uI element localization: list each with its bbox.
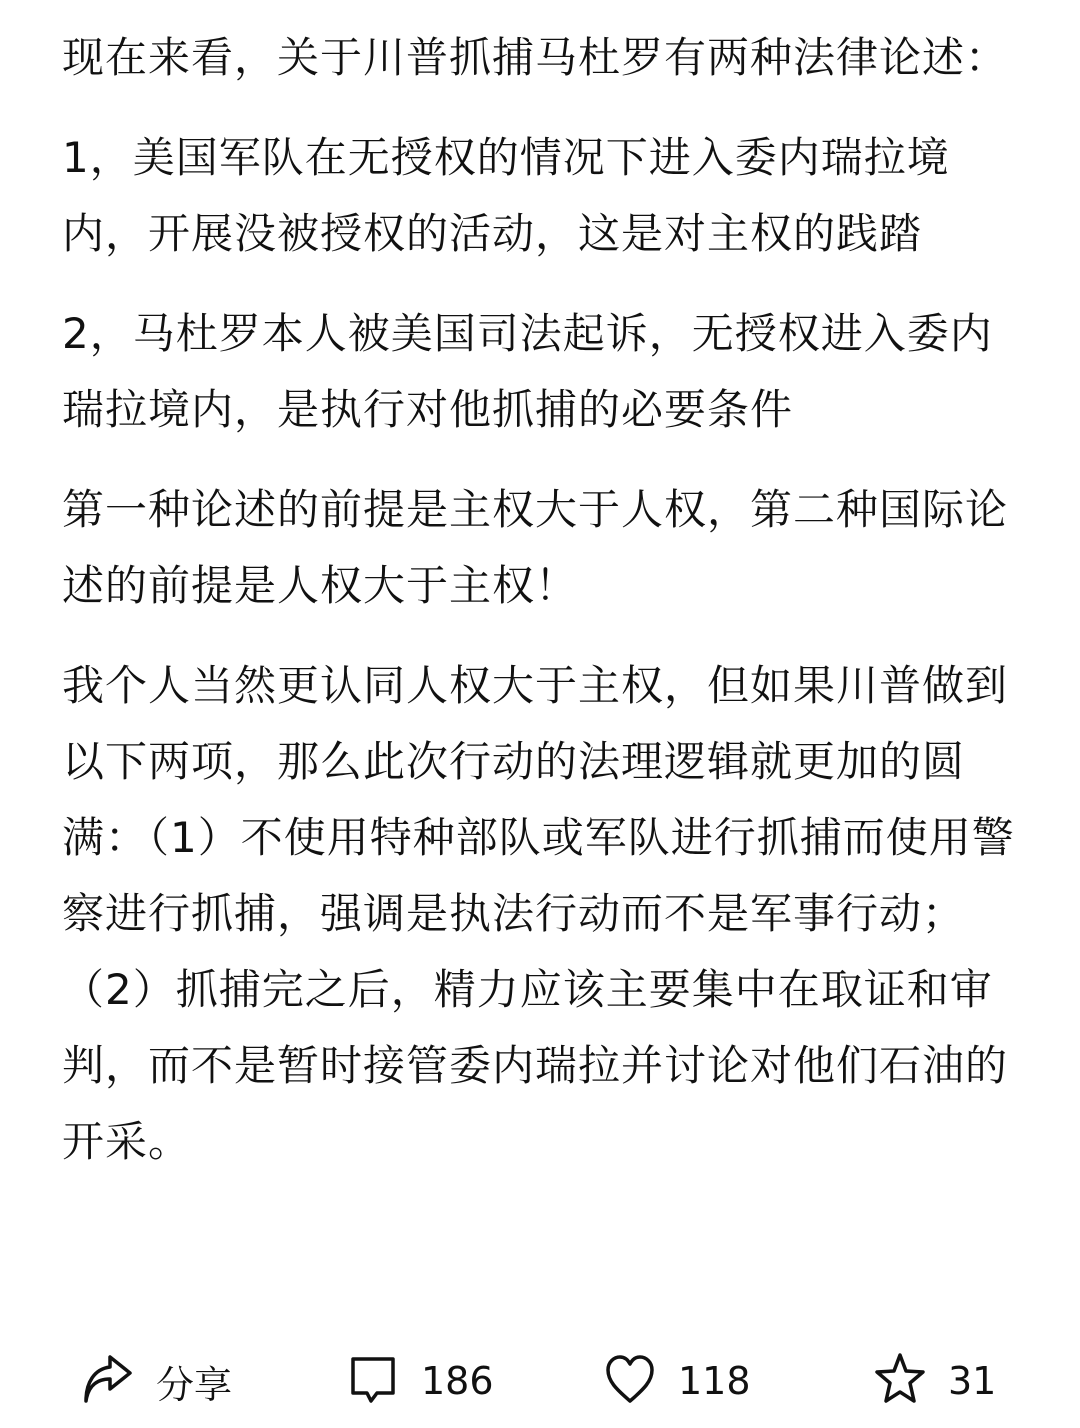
post-body: 现在来看，关于川普抓捕马杜罗有两种法律论述： 1，美国军队在无授权的情况下进入委… (62, 20, 1024, 1204)
action-bar: 分享 186 118 31 (0, 1346, 1080, 1416)
comment-icon (345, 1351, 401, 1411)
post-paragraph: 2，马杜罗本人被美国司法起诉，无授权进入委内瑞拉境内，是执行对他抓捕的必要条件 (62, 296, 1024, 448)
post-paragraph: 现在来看，关于川普抓捕马杜罗有两种法律论述： (62, 20, 1024, 96)
like-button[interactable]: 118 (602, 1346, 751, 1416)
post-paragraph: 1，美国军队在无授权的情况下进入委内瑞拉境内，开展没被授权的活动，这是对主权的践… (62, 120, 1024, 272)
post-paragraph: 我个人当然更认同人权大于主权，但如果川普做到以下两项，那么此次行动的法理逻辑就更… (62, 648, 1024, 1180)
share-icon (80, 1351, 136, 1411)
share-button[interactable]: 分享 (80, 1346, 232, 1416)
heart-icon (602, 1351, 658, 1411)
comment-count: 186 (421, 1359, 494, 1403)
comment-button[interactable]: 186 (345, 1346, 494, 1416)
share-label: 分享 (156, 1354, 232, 1409)
favorite-button[interactable]: 31 (872, 1346, 996, 1416)
favorite-count: 31 (948, 1359, 996, 1403)
post-paragraph: 第一种论述的前提是主权大于人权，第二种国际论述的前提是人权大于主权！ (62, 472, 1024, 624)
like-count: 118 (678, 1359, 751, 1403)
star-icon (872, 1351, 928, 1411)
